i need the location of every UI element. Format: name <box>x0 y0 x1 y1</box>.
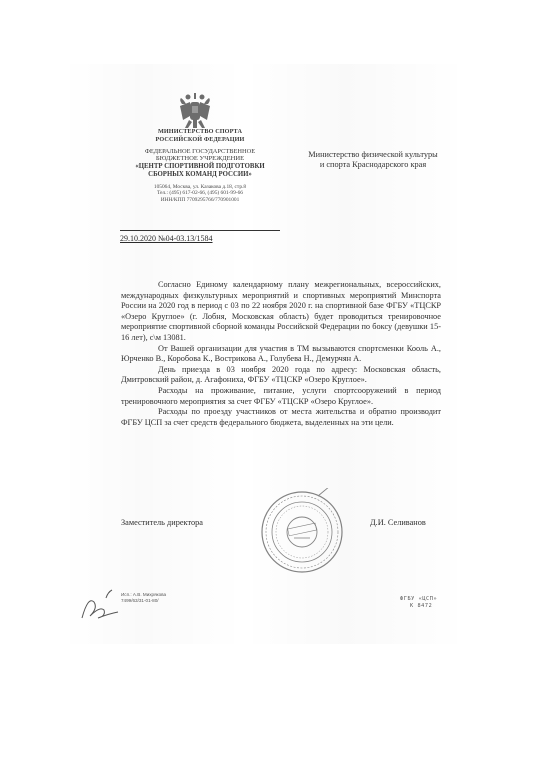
body-paragraph: Расходы по проезду участников от места ж… <box>121 407 441 428</box>
executor-contact: 7499/63/31-01-80/ <box>121 598 166 604</box>
official-seal-icon <box>258 488 346 576</box>
signatory-role: Заместитель директора <box>121 518 203 527</box>
signatory-name: Д.И. Селиванов <box>370 518 426 527</box>
letter-body: Согласно Единому календарному плану межр… <box>121 280 441 428</box>
body-paragraph: От Вашей организации для участия в ТМ вы… <box>121 344 441 365</box>
center-name-line1: «ЦЕНТР СПОРТИВНОЙ ПОДГОТОВКИ <box>100 163 300 171</box>
org-inn-kpp: ИНН/КПП 7709295766/770901001 <box>100 197 300 204</box>
body-paragraph: Расходы на проживание, питание, услуги с… <box>121 386 441 407</box>
recipient-block: Министерство физической культуры и спорт… <box>288 150 458 170</box>
institution-line1: ФЕДЕРАЛЬНОЕ ГОСУДАРСТВЕННОЕ <box>100 148 300 156</box>
center-name-line2: СБОРНЫХ КОМАНД РОССИИ» <box>100 171 300 179</box>
header-divider <box>120 230 280 231</box>
body-paragraph: День приезда в 03 ноября 2020 года по ад… <box>121 365 441 386</box>
letterhead: МИНИСТЕРСТВО СПОРТА РОССИЙСКОЙ ФЕДЕРАЦИИ… <box>100 128 300 204</box>
russian-coat-of-arms-icon <box>178 92 212 132</box>
body-paragraph: Согласно Единому календарному плану межр… <box>121 280 441 344</box>
document-date-number: 29.10.2020 №04-03.13/1584 <box>120 234 213 243</box>
registry-number: К 8472 <box>400 603 437 610</box>
registry-org: ФГБУ «ЦСП» <box>400 596 437 603</box>
recipient-line2: и спорта Краснодарского края <box>288 160 458 170</box>
ministry-name-line2: РОССИЙСКОЙ ФЕДЕРАЦИИ <box>100 136 300 144</box>
handwritten-signature-icon <box>78 588 122 624</box>
recipient-line1: Министерство физической культуры <box>288 150 458 160</box>
executor-name: Исп.: А.В. Михрякова <box>121 592 166 598</box>
org-phone: Тел.: (495) 617-02-66, (495) 601-99-66 <box>100 190 300 197</box>
executor-block: Исп.: А.В. Михрякова 7499/63/31-01-80/ <box>121 592 166 604</box>
ministry-name-line1: МИНИСТЕРСТВО СПОРТА <box>100 128 300 136</box>
registry-stamp: ФГБУ «ЦСП» К 8472 <box>400 596 437 610</box>
